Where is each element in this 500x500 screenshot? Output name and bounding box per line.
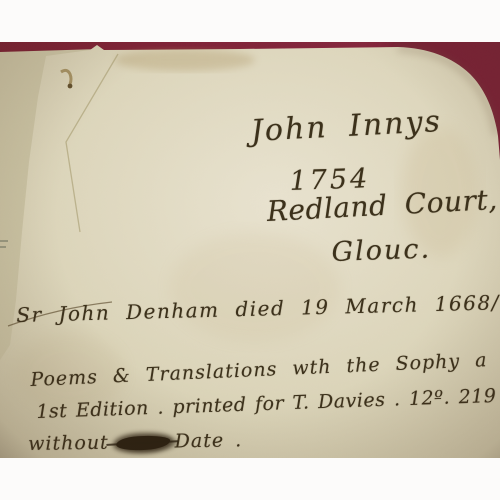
- bibliographic-note-line3: withoutDate .: [28, 429, 242, 455]
- photo-of-manuscript: John Innys 1754 Redland Court, Glouc. Sr…: [0, 42, 500, 458]
- paper-fiber-tip: [68, 84, 73, 89]
- biblio-line3-before: without: [28, 432, 109, 455]
- ink-blot-over-deleted-word: [115, 435, 170, 452]
- address-inscription-line2: Glouc.: [331, 234, 432, 268]
- stain: [115, 49, 255, 71]
- letterbox-top: [0, 0, 500, 42]
- biblio-line3-after: Date .: [175, 429, 243, 452]
- letterbox-bottom: [0, 458, 500, 500]
- stain: [170, 232, 340, 342]
